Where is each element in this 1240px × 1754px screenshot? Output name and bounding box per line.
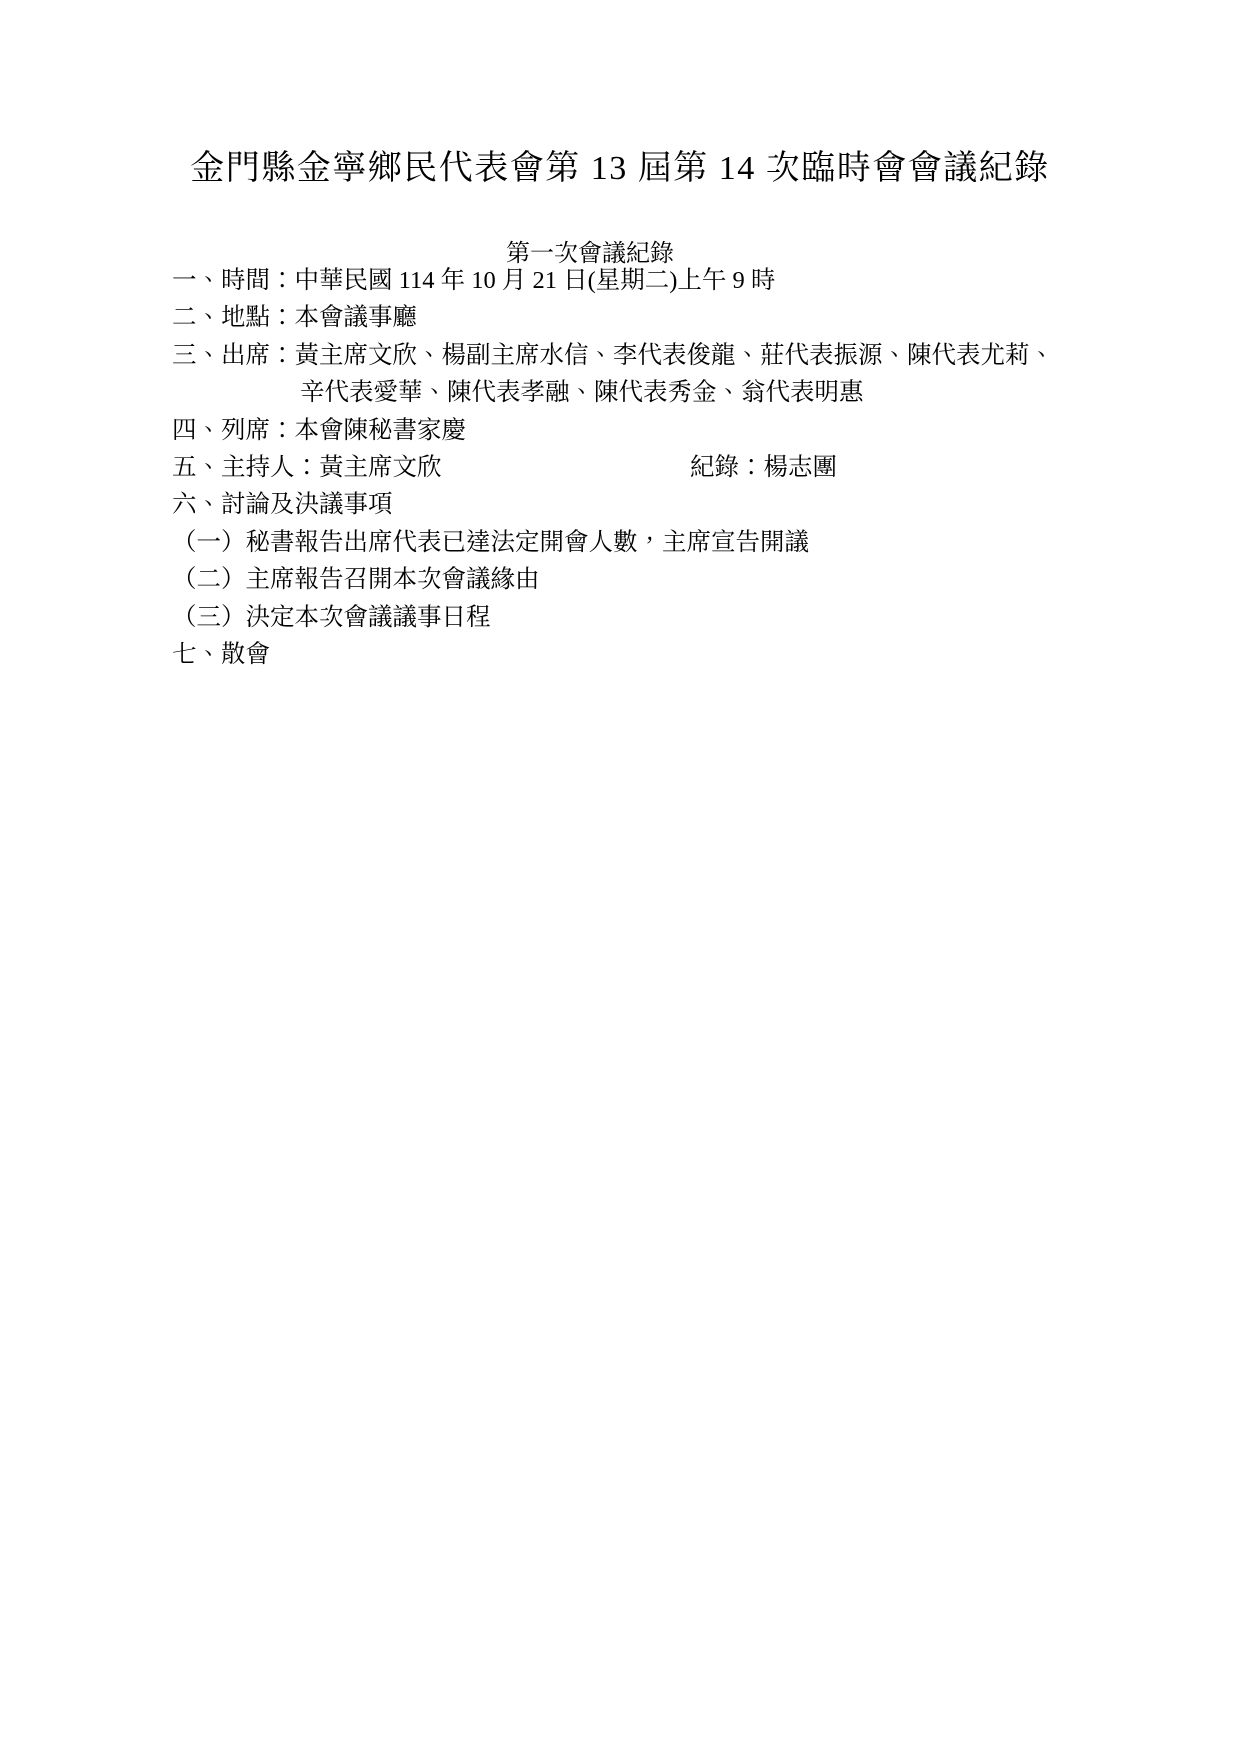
document-title: 金門縣金寧鄉民代表會第 13 屆第 14 次臨時會會議紀錄 [0, 140, 1240, 189]
line-discussion-heading: 六、討論及決議事項 [172, 486, 1122, 523]
line-attendees: 三、出席：黃主席文欣、楊副主席水信、李代表俊龍、莊代表振源、陳代表尤莉、 [172, 337, 1122, 374]
line-item-3: （三）決定本次會議議事日程 [172, 599, 1122, 636]
line-attendees-continued: 辛代表愛華、陳代表孝融、陳代表秀金、翁代表明惠 [172, 374, 1122, 411]
line-moderator-and-recorder: 五、主持人：黃主席文欣 紀錄：楊志團 [172, 449, 1122, 486]
recorder-label: 紀錄：楊志團 [690, 449, 837, 486]
line-observers: 四、列席：本會陳秘書家慶 [172, 412, 1122, 449]
line-adjournment: 七、散會 [172, 636, 1122, 673]
moderator-label: 五、主持人：黃主席文欣 [172, 454, 442, 481]
document-body: 一、時間：中華民國 114 年 10 月 21 日(星期二)上午 9 時 二、地… [172, 262, 1122, 673]
line-item-2: （二）主席報告召開本次會議緣由 [172, 561, 1122, 598]
line-item-1: （一）秘書報告出席代表已達法定開會人數，主席宣告開議 [172, 524, 1122, 561]
document-page: 金門縣金寧鄉民代表會第 13 屆第 14 次臨時會會議紀錄 第一次會議紀錄 一、… [0, 0, 1240, 1754]
line-meeting-time: 一、時間：中華民國 114 年 10 月 21 日(星期二)上午 9 時 [172, 262, 1122, 299]
line-meeting-location: 二、地點：本會議事廳 [172, 299, 1122, 336]
